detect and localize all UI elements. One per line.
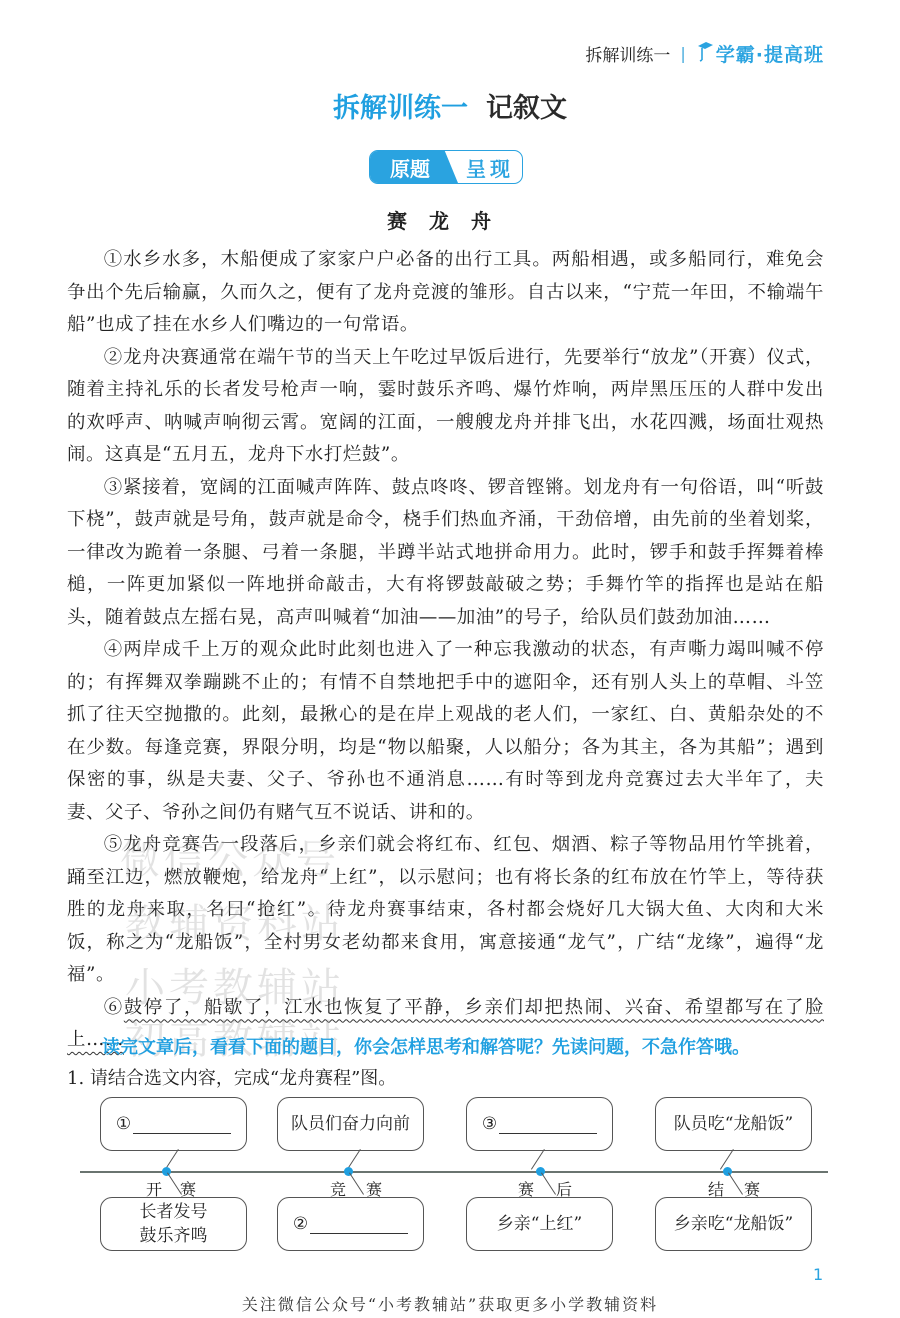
footer-note: 关注微信公众号“小考教辅站”获取更多小学教辅资料 (0, 1292, 900, 1315)
paragraph-2: ②龙舟决赛通常在端午节的当天上午吃过早饭后进行，先要举行“放龙”（开赛）仪式，随… (67, 342, 824, 472)
title-genre: 记叙文 (486, 93, 567, 124)
page-title: 拆解训练一记叙文 (0, 86, 900, 125)
paragraph-6-lead: ⑥ (104, 997, 124, 1018)
stage-3-top-box[interactable]: ③ (466, 1097, 613, 1151)
paragraph-3: ③紧接着，宽阔的江面喊声阵阵、鼓点咚咚、锣音铿锵。划龙舟有一句俗语，叫“听鼓下桡… (67, 472, 824, 635)
answer-blank-1[interactable] (133, 1115, 231, 1134)
stage-3-bottom-box: 乡亲“上红” (466, 1197, 613, 1251)
section-badge: 原题 呈现 (369, 150, 523, 184)
stage-2-bottom-box[interactable]: ② (277, 1197, 424, 1251)
page-number: 1 (813, 1265, 823, 1284)
timeline-axis (80, 1171, 828, 1173)
connector (541, 1172, 556, 1195)
header-section-title: 拆解训练一 (585, 41, 670, 66)
essay-title: 赛龙舟 (0, 205, 900, 234)
paragraph-4: ④两岸成千上万的观众此时此刻也进入了一种忘我激动的状态，有声嘶力竭叫喊不停的；有… (67, 634, 824, 829)
badge-right: 呈现 (458, 151, 522, 183)
title-prefix: 拆解训练一 (333, 93, 468, 124)
connector (728, 1172, 743, 1195)
paragraph-1: ①水乡水多，木船便成了家家户户必备的出行工具。两船相遇，或多船同行，难免会争出个… (67, 244, 824, 342)
header-separator: | (680, 44, 685, 63)
answer-blank-3[interactable] (499, 1115, 597, 1134)
running-header: 拆解训练一 | 学霸·提高班 (585, 40, 824, 67)
graduation-cap-icon (696, 40, 714, 67)
stage-4-bottom-box: 乡亲吃“龙船饭” (655, 1197, 812, 1251)
essay-body: ①水乡水多，木船便成了家家户户必备的出行工具。两船相遇，或多船同行，难免会争出个… (67, 244, 824, 1057)
brand-name: 学霸·提高班 (716, 40, 824, 67)
reading-prompt: 读完文章后，看看下面的题目，你会怎样思考和解答呢？先读问题，不急作答哦。 (102, 1033, 750, 1059)
badge-left: 原题 (370, 151, 458, 183)
answer-blank-2[interactable] (310, 1215, 408, 1234)
stage-2-top-box: 队员们奋力向前 (277, 1097, 424, 1151)
connector (349, 1172, 364, 1195)
paragraph-5: ⑤龙舟竞赛告一段落后，乡亲们就会将红布、红包、烟酒、粽子等物品用竹竿挑着，踊至江… (67, 829, 824, 992)
race-timeline-diagram: ① 开 赛 长者发号 鼓乐齐鸣 队员们奋力向前 竞 赛 ② ③ 赛 后 乡亲“上… (80, 1095, 830, 1260)
question-1: 1. 请结合选文内容，完成“龙舟赛程”图。 (67, 1064, 396, 1090)
stage-4-top-box: 队员吃“龙船饭” (655, 1097, 812, 1151)
stage-1-bottom-box: 长者发号 鼓乐齐鸣 (100, 1197, 247, 1251)
stage-1-top-box[interactable]: ① (100, 1097, 247, 1151)
